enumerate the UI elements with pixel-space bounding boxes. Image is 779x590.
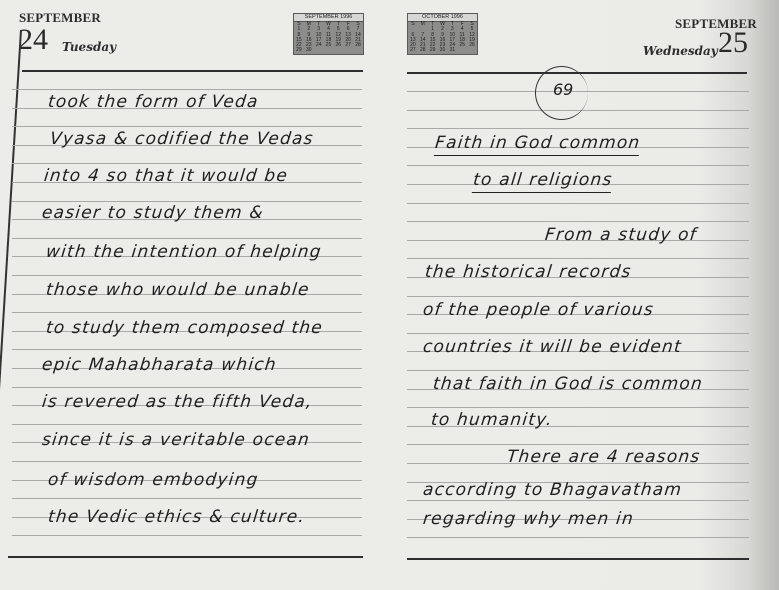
handwritten-line: easier to study them & [41,203,265,223]
ruled-line [12,461,362,462]
ruled-line [12,535,362,536]
ruled-line [12,275,362,276]
ruled-line [12,424,362,425]
handwritten-line: according to Bhagavatham [422,480,683,500]
ruled-line [407,128,749,129]
ruled-line [407,165,749,166]
mini-calendar-september: SEPTEMBER 1996 S M T W T F S 1 2 3 4 5 [293,13,364,55]
ruled-line [407,221,749,222]
left-weekday: Tuesday [62,40,116,54]
heading-line: Faith in God common [434,133,642,156]
mini-calendar-grid: S M T W T F S 1 2 3 4 5 [408,22,477,54]
handwritten-line: took the form of Veda [47,92,260,112]
ruled-line [12,89,362,90]
ruled-line [12,163,362,164]
ruled-line [12,126,362,127]
handwritten-line: those who would be unable [45,280,311,300]
cal-cell [343,48,353,53]
cal-cell [314,48,324,53]
right-weekday: Wednesday [643,44,718,58]
handwritten-line: of wisdom embodying [47,470,260,490]
ruled-line [407,444,749,445]
mini-calendar-week: 27 28 29 30 31 [408,48,477,53]
handwritten-line: countries it will be evident [422,337,683,357]
cal-cell: 31 [447,48,457,53]
handwritten-line: to study them composed the [45,318,324,338]
footer-rule [8,556,363,558]
header-rule [22,70,363,72]
cal-cell [467,48,477,53]
mini-calendar-week: 29 30 [294,48,363,53]
handwritten-line: since it is a veritable ocean [41,430,311,450]
handwritten-line: There are 4 reasons [506,447,702,467]
mini-calendar-grid: S M T W T F S 1 2 3 4 5 6 7 [294,22,363,54]
ruled-line [407,203,749,204]
cal-cell: 29 [294,48,304,53]
ruled-line [407,296,749,297]
right-day-number: 25 [718,28,748,58]
mini-calendar-october: OCTOBER 1996 S M T W T F S 1 2 3 4 [407,13,478,55]
handwritten-line: epic Mahabharata which [41,355,278,375]
cal-cell [333,48,343,53]
ruled-line [12,387,362,388]
cal-cell: 29 [428,48,438,53]
left-margin-rule [0,30,21,389]
cal-cell: 27 [408,48,418,53]
footer-rule [407,558,749,560]
handwritten-line: Vyasa & codified the Vedas [49,129,315,149]
ruled-line [12,201,362,202]
ruled-line [407,407,749,408]
cal-cell: 30 [304,48,314,53]
handwritten-line: the historical records [424,262,633,282]
left-page: SEPTEMBER 24 Tuesday SEPTEMBER 1996 S M … [0,0,383,590]
handwritten-line: regarding why men in [422,509,635,529]
ruled-line [12,349,362,350]
ruled-line [12,312,362,313]
ruled-line [407,500,749,501]
cal-cell: 30 [438,48,448,53]
ruled-line [12,498,362,499]
cal-cell [353,48,363,53]
ruled-line [407,370,749,371]
right-page: OCTOBER 1996 S M T W T F S 1 2 3 4 [383,0,779,590]
handwritten-line: From a study of [544,225,698,245]
ruled-line [407,537,749,538]
diary-spread: SEPTEMBER 24 Tuesday SEPTEMBER 1996 S M … [0,0,779,590]
ruled-line [407,258,749,259]
heading-line: to all religions [472,170,614,193]
ruled-line [12,238,362,239]
left-day-number: 24 [18,25,48,55]
cal-cell [324,48,334,53]
handwritten-line: with the intention of helping [45,242,323,262]
handwritten-line: that faith in God is common [432,374,704,394]
cal-cell [457,48,467,53]
handwritten-line: to humanity. [430,410,554,430]
cal-cell: 28 [418,48,428,53]
ruled-line [407,333,749,334]
handwritten-line: the Vedic ethics & culture. [47,507,306,527]
handwritten-line: into 4 so that it would be [43,166,289,186]
handwritten-line: of the people of various [422,300,655,320]
handwritten-line: is revered as the fifth Veda, [41,392,314,412]
page-number: 69 [553,80,573,99]
